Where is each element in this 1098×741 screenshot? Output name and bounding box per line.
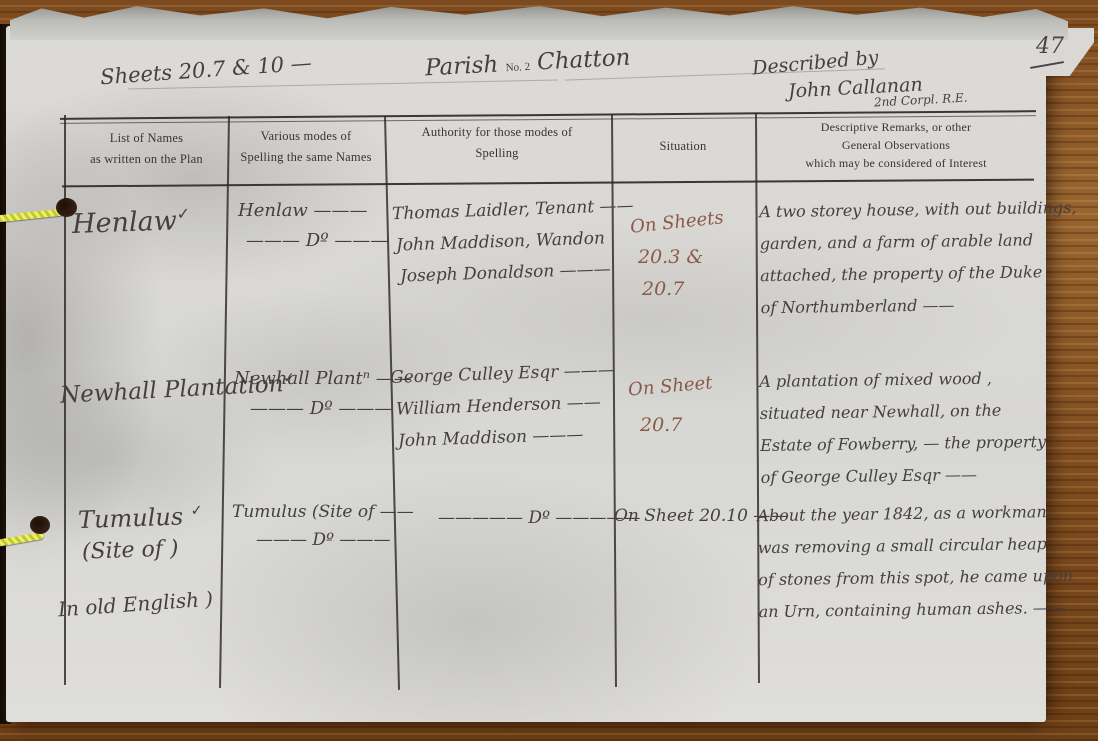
column-header-situation: Situation [612, 136, 754, 157]
described-by-label: Described by [751, 47, 879, 80]
parish-title: Parish No. 2 Chatton [424, 45, 631, 82]
row3-spelling-line: Tumulus (Site of —— [232, 502, 414, 522]
row2-authority-line: John Maddison ——— [398, 425, 584, 451]
sheets-note: Sheets 20.7 & 10 — [99, 51, 312, 90]
row1-situation-sheet: 20.3 & [638, 246, 703, 268]
punch-hole-bottom [30, 516, 50, 534]
page-number-underline [1030, 61, 1064, 69]
row3-check-mark: ✓ [190, 503, 203, 519]
row1-check-mark: ✓ [176, 204, 190, 223]
page-number: 47 [1036, 34, 1064, 59]
column-header-authority: Authority for those modes of Spelling [384, 122, 610, 164]
parish-label: Parish [424, 52, 498, 82]
column-header-spelling-modes: Various modes of Spelling the same Names [230, 126, 382, 168]
row1-authority-line: John Maddison, Wandon [396, 228, 606, 255]
column-header-remarks: Descriptive Remarks, or other General Ob… [756, 118, 1036, 172]
row2-spelling-line: Newhall Plantⁿ —— [234, 368, 412, 389]
parish-number: No. 2 [505, 61, 530, 74]
row1-situation-sheet: 20.7 [642, 278, 684, 300]
row2-situation-line: On Sheet [627, 372, 713, 400]
row1-situation-line: On Sheets [629, 207, 724, 238]
row1-remarks: A two storey house, with out buildings, … [759, 192, 1078, 324]
row3-spelling-ditto: ——— Dº ——— [256, 530, 390, 550]
row2-situation-sheet: 20.7 [640, 414, 682, 436]
row1-authority-line: Thomas Laidler, Tenant —— [392, 196, 634, 224]
row3-name: Tumulus ✓ [78, 502, 204, 534]
row2-authority-line: George Culley Esqr ——— [390, 360, 615, 388]
row1-spelling-ditto: ——— Dº ——— [246, 230, 388, 251]
row3-authority-ditto: ————— Dº ————— [438, 508, 640, 528]
row1-spelling-line: Henlaw ——— [238, 200, 368, 221]
row2-authority-line: William Henderson —— [396, 392, 601, 419]
column-divider-1 [219, 116, 229, 688]
row2-spelling-ditto: ——— Dº ——— [250, 398, 392, 419]
row3-name-note: In old English ) [57, 587, 213, 622]
row3-remarks: About the year 1842, as a workman, was r… [757, 496, 1074, 628]
punch-hole-top [56, 198, 77, 217]
parish-name: Chatton [537, 45, 632, 76]
row2-remarks: A plantation of mixed wood , situated ne… [759, 362, 1047, 494]
header-bottom-line [62, 179, 1034, 187]
scanned-name-book-page: Sheets 20.7 & 10 — Parish No. 2 Chatton … [0, 0, 1098, 741]
column-header-names: List of Names as written on the Plan [65, 128, 228, 170]
row1-name: Henlaw✓ [71, 204, 190, 240]
page-content: Sheets 20.7 & 10 — Parish No. 2 Chatton … [0, 0, 1098, 741]
row3-name-line2: (Site of ) [82, 536, 179, 564]
row1-authority-line: Joseph Donaldson ——— [400, 259, 611, 286]
